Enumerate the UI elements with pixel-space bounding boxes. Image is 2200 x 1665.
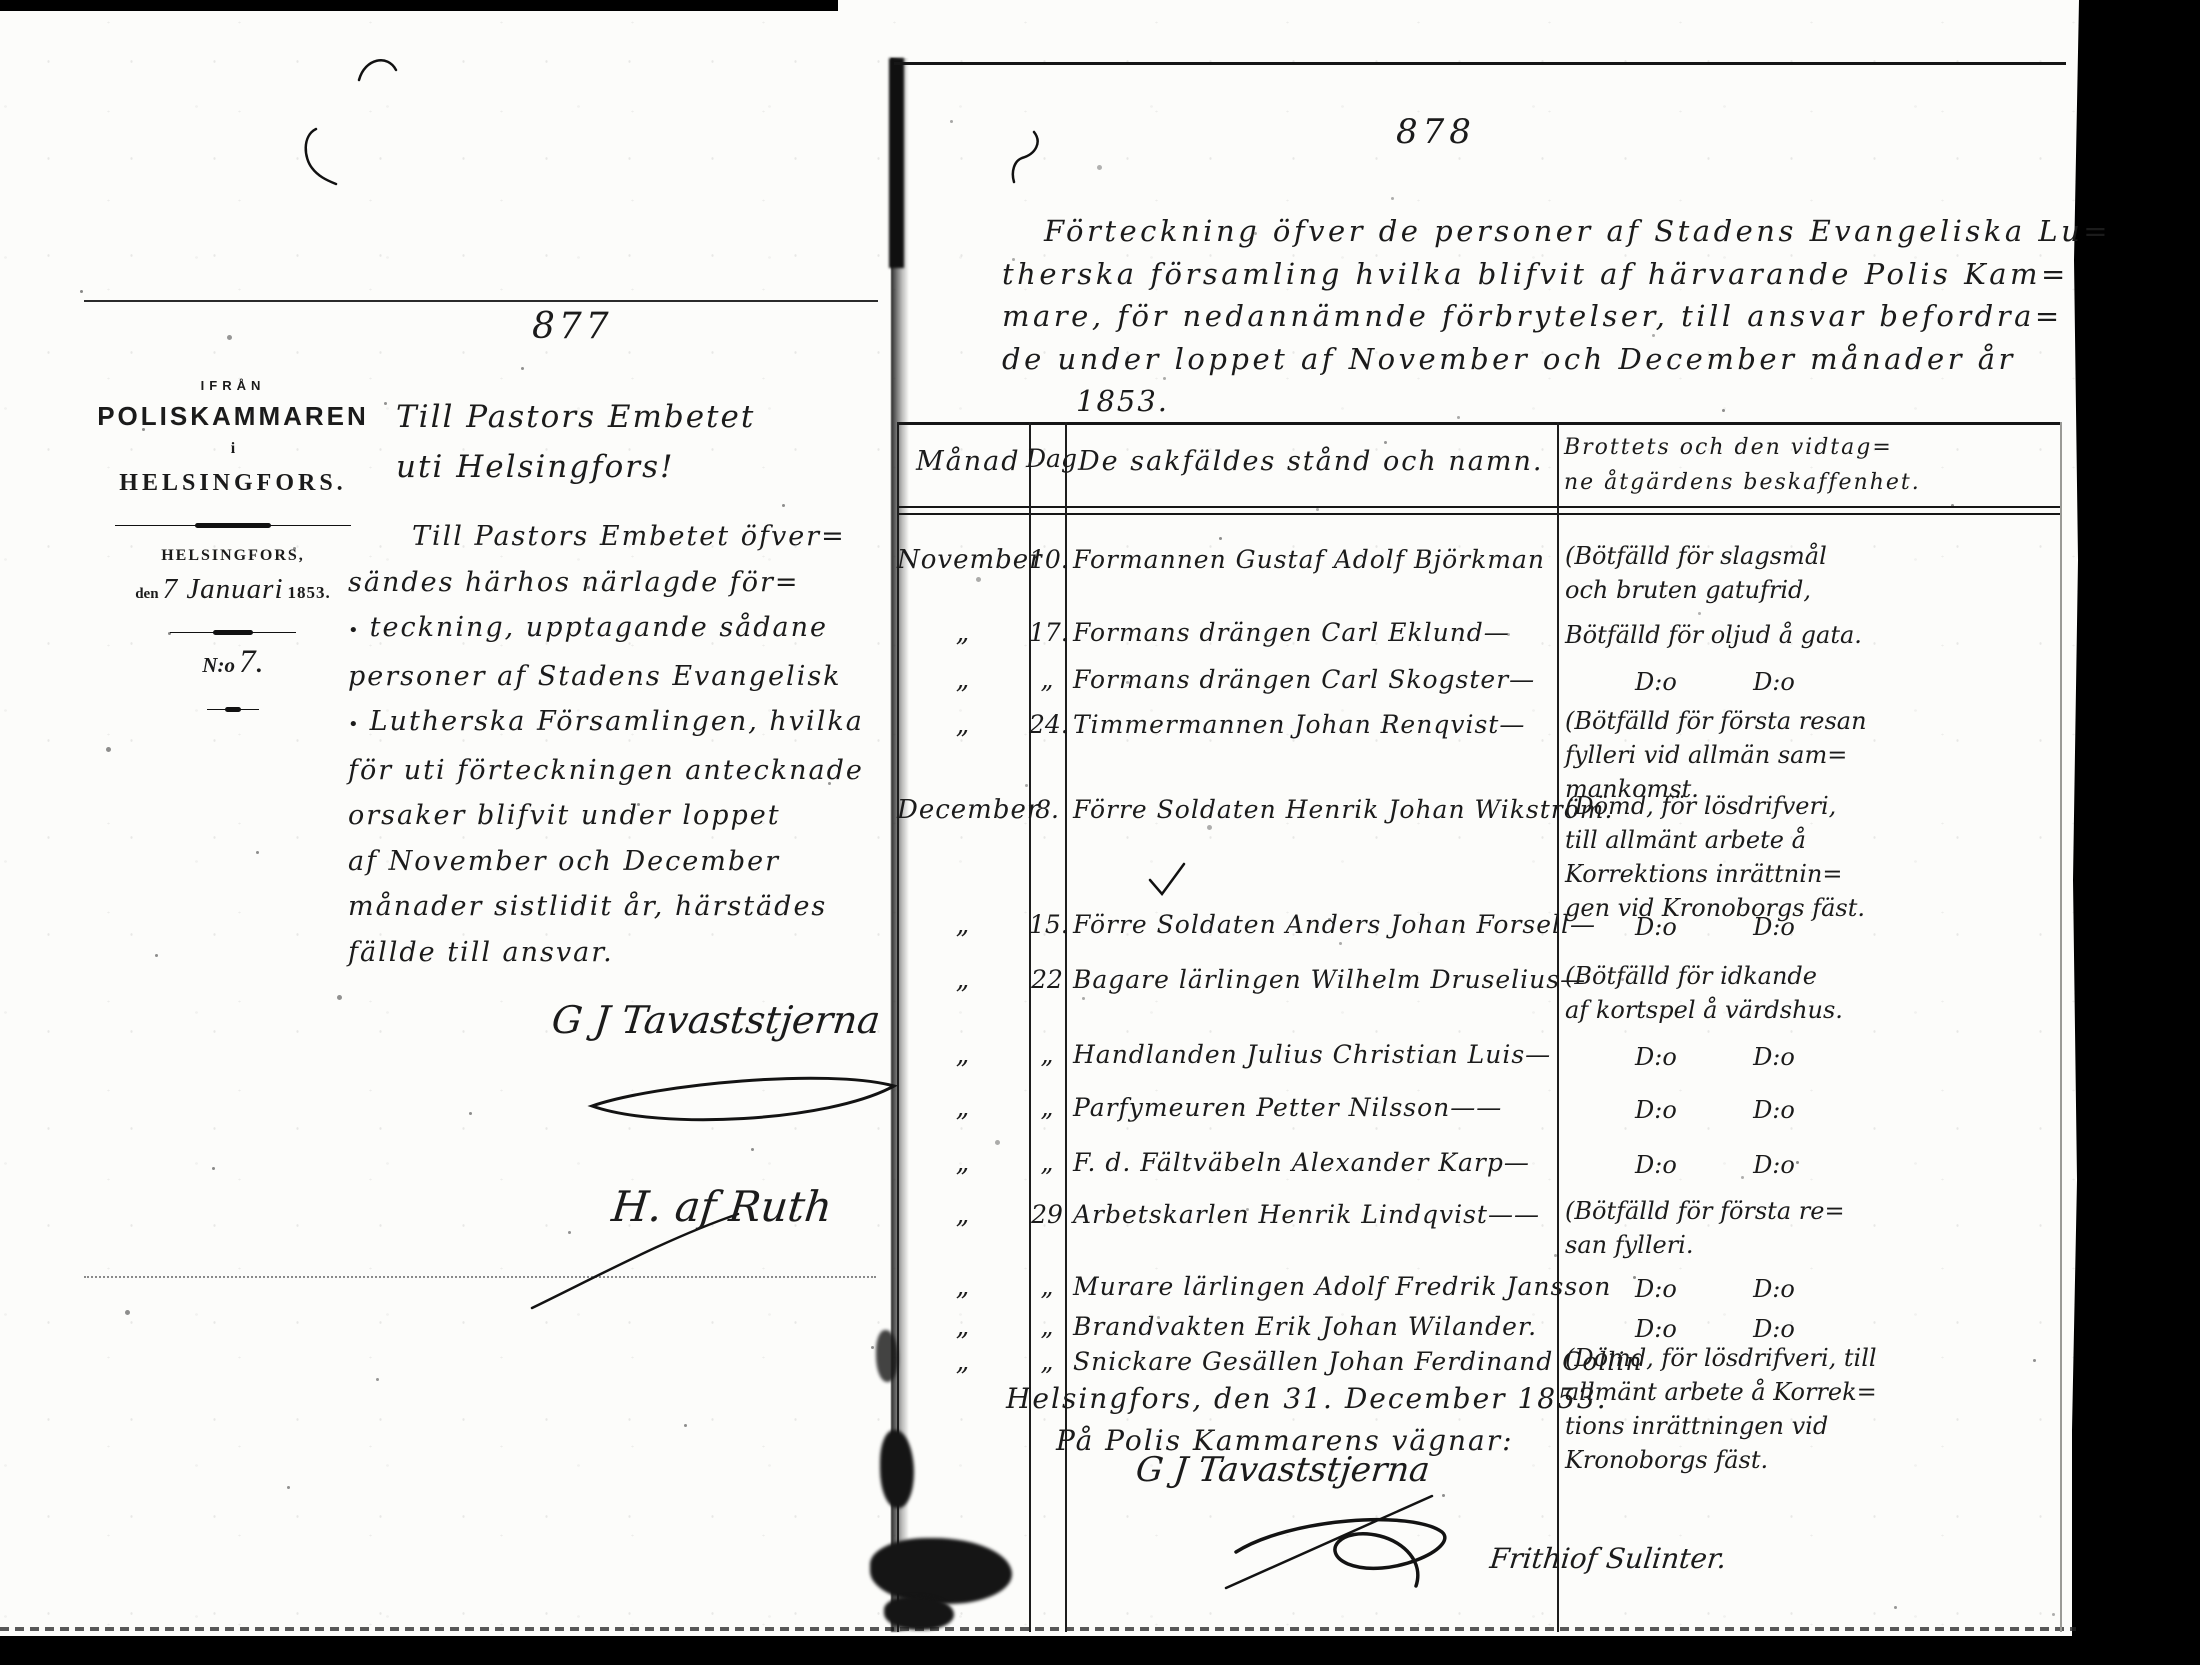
- text-line: fällde till ansvar.: [348, 930, 900, 976]
- column-header-crime: Brottets och den vidtag= ne åtgärdens be…: [1564, 430, 1921, 500]
- crime-line: san fylleri.: [1565, 1228, 2062, 1262]
- ink-smudge: [884, 1596, 954, 1630]
- signature-stroke: [1220, 1490, 1440, 1594]
- date-prefix: den: [135, 586, 158, 602]
- letterhead-number: N:o 7.: [86, 644, 380, 681]
- cell-crime: D:o D:o: [1557, 910, 2062, 944]
- footer-place-date: Helsingfors, den 31. December 1853.: [1006, 1382, 1608, 1415]
- crime-line: D:o D:o: [1635, 1093, 2062, 1127]
- text-line: af November och December: [348, 839, 900, 885]
- cell-day: „: [1029, 1148, 1065, 1182]
- cell-month: „: [897, 618, 1029, 652]
- column-header-name: De sakfäldes stånd och namn.: [1078, 446, 1543, 477]
- signature-af-ruth: H. af Ruth: [609, 1182, 834, 1231]
- letterhead-office: POLISKAMMAREN: [86, 401, 380, 432]
- printed-letterhead: IFRÅN POLISKAMMAREN i HELSINGFORS. HELSI…: [86, 378, 380, 713]
- cell-month: November: [897, 545, 1029, 607]
- table-row: „„F. d. Fältväbeln Alexander Karp—D:o D:…: [897, 1148, 2062, 1182]
- cell-day: „: [1029, 1093, 1065, 1127]
- cell-month: „: [897, 710, 1029, 806]
- crime-line: Korrektions inrättnin=: [1565, 857, 2062, 891]
- text-line: månader sistlidit år, härstädes: [348, 884, 900, 930]
- ink-specks: [950, 120, 953, 123]
- letterhead-dateline: den 7 Januari 1853.: [86, 573, 380, 606]
- letterhead-city: HELSINGFORS.: [86, 470, 380, 497]
- ink-specks: [80, 290, 83, 293]
- crime-line: (Bötfälld för slagsmål: [1565, 539, 2062, 573]
- list-heading: Förteckning öfver de personer af Stadens…: [1002, 210, 2050, 423]
- cell-name: Formans drängen Carl Eklund—: [1065, 618, 1557, 652]
- crime-line: (Dömd, för lösdrifveri, till: [1565, 1341, 2062, 1375]
- cell-crime: Bötfälld för oljud å gata.: [1557, 618, 2062, 652]
- check-pen-mark: [1146, 860, 1188, 900]
- crime-line: Kronoborgs fäst.: [1565, 1443, 2062, 1477]
- text-line: Till Pastors Embetet: [396, 392, 755, 442]
- text-line: mare, för nedannämnde förbrytelser, till…: [1002, 295, 2050, 338]
- letter-address: Till Pastors Embetetuti Helsingfors!: [396, 392, 755, 492]
- table-row: „„Formans drängen Carl Skogster—D:o D:o: [897, 665, 2062, 699]
- signature-flourish: [584, 1060, 906, 1148]
- cell-crime: (Bötfälld för slagsmåloch bruten gatufri…: [1557, 539, 2062, 607]
- letterhead-place: HELSINGFORS,: [86, 547, 380, 565]
- text-line: Lutherska Församlingen, hvilka: [348, 699, 900, 748]
- cell-day: „: [1029, 665, 1065, 699]
- cell-name: Förre Soldaten Anders Johan Forsell—: [1065, 910, 1557, 944]
- text-line: sändes härhos närlagde för=: [348, 560, 900, 606]
- page-number-877: 877: [532, 306, 613, 347]
- crime-line: (Bötfälld för första re=: [1565, 1194, 2062, 1228]
- text-line: 1853.: [1076, 380, 2050, 423]
- cell-crime: D:o D:o: [1557, 1040, 2062, 1074]
- table-row: „„Handlanden Julius Christian Luis—D:o D…: [897, 1040, 2062, 1074]
- cell-name: Brandvakten Erik Johan Wilander.: [1065, 1312, 1557, 1346]
- cell-month: „: [897, 910, 1029, 944]
- cell-crime: (Bötfälld för idkandeaf kortspel å värds…: [1557, 959, 2062, 1027]
- table-row: „17.Formans drängen Carl Eklund—Bötfälld…: [897, 618, 2062, 652]
- scan-edge-right: [2072, 0, 2200, 1665]
- text-line: för uti förteckningen antecknade: [348, 748, 900, 794]
- table-row: „15.Förre Soldaten Anders Johan Forsell—…: [897, 910, 2062, 944]
- cell-month: „: [897, 1272, 1029, 1306]
- column-header-crime-line2: ne åtgärdens beskaffenhet.: [1564, 465, 1921, 500]
- cell-month: „: [897, 1200, 1029, 1262]
- letterhead-from: IFRÅN: [86, 378, 380, 393]
- crime-line: till allmänt arbete å: [1565, 823, 2062, 857]
- cell-name: Timmermannen Johan Renqvist—: [1065, 710, 1557, 806]
- crime-line: D:o D:o: [1635, 1148, 2062, 1182]
- pen-mark-hook: [1008, 128, 1048, 186]
- cell-name: F. d. Fältväbeln Alexander Karp—: [1065, 1148, 1557, 1182]
- text-line: orsaker blifvit under loppet: [348, 793, 900, 839]
- ornament-rule: [170, 630, 296, 636]
- text-line: teckning, upptagande sådane: [348, 605, 900, 654]
- table-header-rule: [897, 506, 2062, 508]
- table-row: „29Arbetskarlen Henrik Lindqvist——(Bötfä…: [897, 1200, 2062, 1262]
- cell-day: „: [1029, 1312, 1065, 1346]
- crime-line: (Dömd, för lösdrifveri,: [1565, 789, 2062, 823]
- cell-day: 22: [1029, 965, 1065, 1027]
- cell-month: „: [897, 665, 1029, 699]
- table-top-border: [897, 422, 2062, 425]
- crime-line: D:o D:o: [1635, 1272, 2062, 1306]
- text-line: uti Helsingfors!: [396, 442, 755, 492]
- ornament-rule: [115, 523, 351, 529]
- number-label: N:o: [202, 653, 235, 677]
- table-body: November10.Formannen Gustaf Adolf Björkm…: [897, 515, 2062, 1632]
- cell-day: 10.: [1029, 545, 1065, 607]
- text-line: personer af Stadens Evangelisk: [348, 654, 900, 700]
- crime-line: och bruten gatufrid,: [1565, 573, 2062, 607]
- crime-line: D:o D:o: [1635, 665, 2062, 699]
- cell-name: Formannen Gustaf Adolf Björkman: [1065, 545, 1557, 607]
- date-handwritten: 7 Januari: [163, 573, 284, 605]
- crime-line: D:o D:o: [1635, 910, 2062, 944]
- cell-month: „: [897, 1040, 1029, 1074]
- signature-tavaststjerna: G J Tavaststjerna: [550, 998, 883, 1042]
- column-header-day: Dag: [1026, 444, 1077, 473]
- crime-line: fylleri vid allmän sam=: [1565, 738, 2062, 772]
- table-row: „22Bagare lärlingen Wilhelm Druselius—(B…: [897, 965, 2062, 1027]
- pen-mark-squiggle: [294, 126, 342, 188]
- cell-crime: D:o D:o: [1557, 1148, 2062, 1182]
- crime-line: D:o D:o: [1635, 1040, 2062, 1074]
- cell-day: 15.: [1029, 910, 1065, 944]
- right-page-top-border: [894, 62, 2066, 65]
- scan-edge-top: [0, 0, 838, 11]
- cell-month: „: [897, 1093, 1029, 1127]
- letter-body: Till Pastors Embetet öfver=sändes härhos…: [348, 514, 900, 975]
- cell-month: „: [897, 1312, 1029, 1346]
- crime-line: af kortspel å värdshus.: [1565, 993, 2062, 1027]
- cell-crime: (Bötfälld för första re=san fylleri.: [1557, 1194, 2062, 1262]
- column-header-month: Månad: [916, 446, 1021, 477]
- cell-day: 24.: [1029, 710, 1065, 806]
- scanned-archive-document: 877 IFRÅN POLISKAMMAREN i HELSINGFORS. H…: [0, 0, 2200, 1665]
- cell-month: „: [897, 965, 1029, 1027]
- table-row: „„Parfymeuren Petter Nilsson——D:o D:o: [897, 1093, 2062, 1127]
- cell-month: „: [897, 1148, 1029, 1182]
- cell-crime: D:o D:o: [1557, 1272, 2062, 1306]
- cell-day: 29: [1029, 1200, 1065, 1262]
- text-line: therska församling hvilka blifvit af här…: [1002, 253, 2050, 296]
- ornament-rule: [207, 707, 259, 713]
- crime-line: (Bötfälld för första resan: [1565, 704, 2062, 738]
- cell-name: Formans drängen Carl Skogster—: [1065, 665, 1557, 699]
- cell-crime: (Dömd, för lösdrifveri,till allmänt arbe…: [1557, 789, 2062, 925]
- cell-crime: D:o D:o: [1557, 1093, 2062, 1127]
- cell-day: „: [1029, 1040, 1065, 1074]
- left-page-top-border: [84, 300, 878, 302]
- cell-name: Förre Soldaten Henrik Johan Wikström.: [1065, 795, 1557, 925]
- page-gutter-shadow-top: [889, 58, 904, 268]
- table-row: December8.Förre Soldaten Henrik Johan Wi…: [897, 795, 2062, 925]
- cell-crime: (Dömd, för lösdrifveri, tillallmänt arbe…: [1557, 1341, 2062, 1477]
- text-line: de under loppet af November och December…: [1002, 338, 2050, 381]
- cell-name: Bagare lärlingen Wilhelm Druselius—: [1065, 965, 1557, 1027]
- signature-sulinter: Frithiof Sulinter.: [1488, 1542, 1728, 1575]
- pen-mark-arc: [356, 50, 402, 86]
- page-number-878: 878: [1396, 112, 1476, 152]
- cell-day: 8.: [1029, 795, 1065, 925]
- cell-name: Arbetskarlen Henrik Lindqvist——: [1065, 1200, 1557, 1262]
- signature-tavaststjerna: G J Tavaststjerna: [1134, 1450, 1432, 1490]
- text-line: Till Pastors Embetet öfver=: [348, 514, 900, 560]
- cell-day: „: [1029, 1272, 1065, 1306]
- cell-day: 17.: [1029, 618, 1065, 652]
- cell-name: Parfymeuren Petter Nilsson——: [1065, 1093, 1557, 1127]
- cell-month: December: [897, 795, 1029, 925]
- crime-line: allmänt arbete å Korrek=: [1565, 1375, 2062, 1409]
- text-line: Förteckning öfver de personer af Stadens…: [1044, 210, 2050, 253]
- crime-line: (Bötfälld för idkande: [1565, 959, 2062, 993]
- table-row: November10.Formannen Gustaf Adolf Björkm…: [897, 545, 2062, 607]
- cell-name: Handlanden Julius Christian Luis—: [1065, 1040, 1557, 1074]
- column-header-crime-line1: Brottets och den vidtag=: [1564, 430, 1921, 465]
- cell-crime: D:o D:o: [1557, 665, 2062, 699]
- letterhead-in: i: [86, 440, 380, 458]
- crime-line: Bötfälld för oljud å gata.: [1565, 618, 2062, 652]
- date-year: 1853.: [288, 583, 331, 602]
- cell-name: Murare lärlingen Adolf Fredrik Jansson: [1065, 1272, 1557, 1306]
- crime-line: tions inrättningen vid: [1565, 1409, 2062, 1443]
- scan-edge-bottom: [0, 1636, 2200, 1665]
- number-value: 7.: [239, 644, 264, 680]
- table-row: „„Murare lärlingen Adolf Fredrik Jansson…: [897, 1272, 2062, 1306]
